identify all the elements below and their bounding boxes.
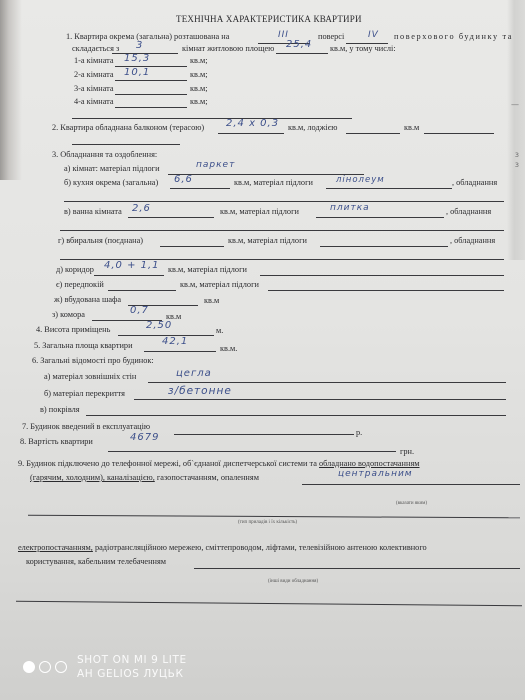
label: а) кімнат: матеріал підлоги	[64, 164, 160, 174]
field-storage-area: 0,7	[130, 305, 149, 316]
s4-label: 4. Висота приміщень	[36, 325, 110, 335]
field-line	[28, 515, 520, 519]
label: кв.м, матеріал підлоги	[234, 178, 313, 188]
room-1-label: 1-а кімната	[74, 56, 114, 66]
field-line	[346, 133, 400, 134]
label: 9. Будинок підключено до телефонної мере…	[18, 459, 317, 468]
label: обладнано водопостачанням	[319, 459, 420, 468]
field-line	[128, 217, 214, 218]
edge-mark: —	[511, 100, 519, 109]
s3-label: 3. Обладнання та оздоблення:	[52, 150, 157, 160]
field-price: 4679	[130, 432, 159, 443]
watermark-dot-icon	[55, 661, 67, 673]
label: кв.м	[204, 296, 219, 306]
label: кв.м	[404, 123, 419, 133]
camera-watermark: SHOT ON MI 9 LITE AH GELIOS ЛУЦЬК	[23, 653, 187, 681]
caption: (вказати яким)	[396, 501, 427, 506]
label: (гарячим, холодним), каналізацією,	[30, 473, 155, 482]
field-line	[72, 144, 180, 145]
label: є) передпокій	[56, 280, 104, 290]
field-line	[174, 434, 354, 435]
field-rooms: 3	[136, 40, 143, 51]
field-living-area: 25,4	[286, 39, 312, 50]
edge-mark: з	[515, 160, 519, 169]
field-balcony: 2,4 x 0,3	[226, 118, 279, 129]
s2-label: 2. Квартира обладнана балконом (терасою)	[52, 123, 204, 133]
label: електропостачанням,	[18, 543, 93, 552]
label: користування, кабельним телебаченням	[26, 557, 166, 567]
field-line	[316, 217, 444, 218]
field-height: 2,50	[146, 320, 172, 331]
field-kitchen-floor: лінолеум	[336, 175, 385, 185]
field-line	[424, 133, 494, 134]
field-line	[170, 188, 230, 189]
field-room-floor: паркет	[196, 160, 235, 170]
label: з) комора	[52, 310, 85, 320]
label: грн.	[400, 447, 414, 457]
room-1-value: 15,3	[124, 53, 150, 64]
field-kitchen-area: 6,6	[174, 174, 193, 185]
field-line	[115, 80, 187, 81]
s9-line2: (гарячим, холодним), каналізацією, газоп…	[30, 473, 259, 483]
caption: (тип приладів і їх кількість)	[238, 520, 297, 525]
s7-label: 7. Будинок введений в експлуатацію	[22, 422, 150, 432]
room-4-label: 4-а кімната	[74, 97, 114, 107]
s9-line3: електропостачанням, радіотрансляційною м…	[18, 543, 427, 553]
label: поверхового будинку та	[394, 32, 513, 42]
field-total-area: 42,1	[162, 336, 188, 347]
label: г) вбиральня (поєднана)	[58, 236, 143, 246]
s9-line1: 9. Будинок підключено до телефонної мере…	[18, 459, 420, 469]
field-line	[320, 246, 448, 247]
label: б) матеріал перекриття	[44, 389, 125, 399]
room-2-value: 10,1	[124, 67, 150, 78]
label: газопостачанням, опаленням	[157, 473, 259, 482]
field-line	[168, 174, 364, 175]
label: а) матеріал зовнішніх стін	[44, 372, 136, 382]
field-line	[60, 230, 504, 231]
field-line	[144, 351, 216, 352]
field-line	[115, 94, 187, 95]
label: кв.м, матеріал підлоги	[180, 280, 259, 290]
label: кв.м.	[220, 344, 237, 354]
label: кв.м, матеріал підлоги	[220, 207, 299, 217]
label: в) ванна кімната	[64, 207, 122, 217]
label: д) коридор	[56, 265, 94, 275]
label: кв.м, у тому числі:	[330, 44, 396, 54]
s6-label: 6. Загальні відомості про будинок:	[32, 356, 154, 366]
field-line	[16, 601, 522, 606]
field-bath-floor: плитка	[330, 203, 370, 213]
label: р.	[356, 428, 362, 438]
label: , обладнання	[452, 178, 497, 188]
field-line	[134, 399, 506, 400]
field-line	[302, 484, 520, 485]
watermark-line1: SHOT ON MI 9 LITE	[77, 653, 187, 667]
field-floors-total: IV	[368, 30, 379, 40]
label: кв.м, матеріал підлоги	[168, 265, 247, 275]
field-line	[64, 201, 504, 202]
label: кв.м;	[190, 97, 208, 107]
room-2-label: 2-а кімната	[74, 70, 114, 80]
label: радіотрансляційною мережею, сміттепровод…	[95, 543, 427, 552]
field-walls: цегла	[176, 368, 212, 379]
label: б) кухня окрема (загальна)	[64, 178, 158, 188]
field-line	[218, 133, 284, 134]
label: кв.м;	[190, 70, 208, 80]
s8-label: 8. Вартість квартири	[20, 437, 93, 447]
watermark-text: SHOT ON MI 9 LITE AH GELIOS ЛУЦЬК	[77, 653, 187, 681]
s1-line1-label: 1. Квартира окрема (загальна) розташован…	[66, 32, 229, 42]
watermark-dot-icon	[23, 661, 35, 673]
watermark-dot-icon	[39, 661, 51, 673]
field-floors-material: з/бетонне	[168, 385, 232, 397]
page-shadow	[0, 0, 22, 180]
field-line	[160, 246, 224, 247]
field-line	[108, 290, 176, 291]
field-line	[115, 107, 187, 108]
field-line	[260, 275, 504, 276]
label: м.	[216, 326, 223, 336]
field-bath-area: 2,6	[132, 203, 151, 214]
field-line	[86, 415, 506, 416]
room-3-label: 3-а кімната	[74, 84, 114, 94]
caption: (інші види обладнання)	[268, 579, 318, 584]
label: кв.м;	[190, 84, 208, 94]
field-line	[194, 568, 520, 569]
field-line	[94, 275, 164, 276]
label: , обладнання	[450, 236, 495, 246]
field-line	[276, 53, 328, 54]
label: кімнат житловою площею	[182, 44, 274, 54]
field-line	[72, 118, 352, 119]
label: кв.м, матеріал підлоги	[228, 236, 307, 246]
field-line	[108, 451, 396, 452]
label: в) покрівля	[40, 405, 80, 415]
label: , обладнання	[446, 207, 491, 217]
field-corridor-area: 4,0 + 1,1	[104, 260, 160, 271]
edge-mark: з	[515, 150, 519, 159]
label: кв.м, лоджією	[288, 123, 338, 133]
field-line	[326, 188, 452, 189]
label: поверсі	[318, 32, 344, 42]
watermark-line2: AH GELIOS ЛУЦЬК	[77, 667, 187, 681]
field-heating: центральним	[338, 469, 413, 479]
document-title: ТЕХНІЧНА ХАРАКТЕРИСТИКА КВАРТИРИ	[176, 14, 362, 24]
label: кв.м;	[190, 56, 208, 66]
field-line	[148, 382, 506, 383]
field-line	[268, 290, 504, 291]
label: ж) вбудована шафа	[54, 295, 121, 305]
s5-label: 5. Загальна площа квартири	[34, 341, 133, 351]
